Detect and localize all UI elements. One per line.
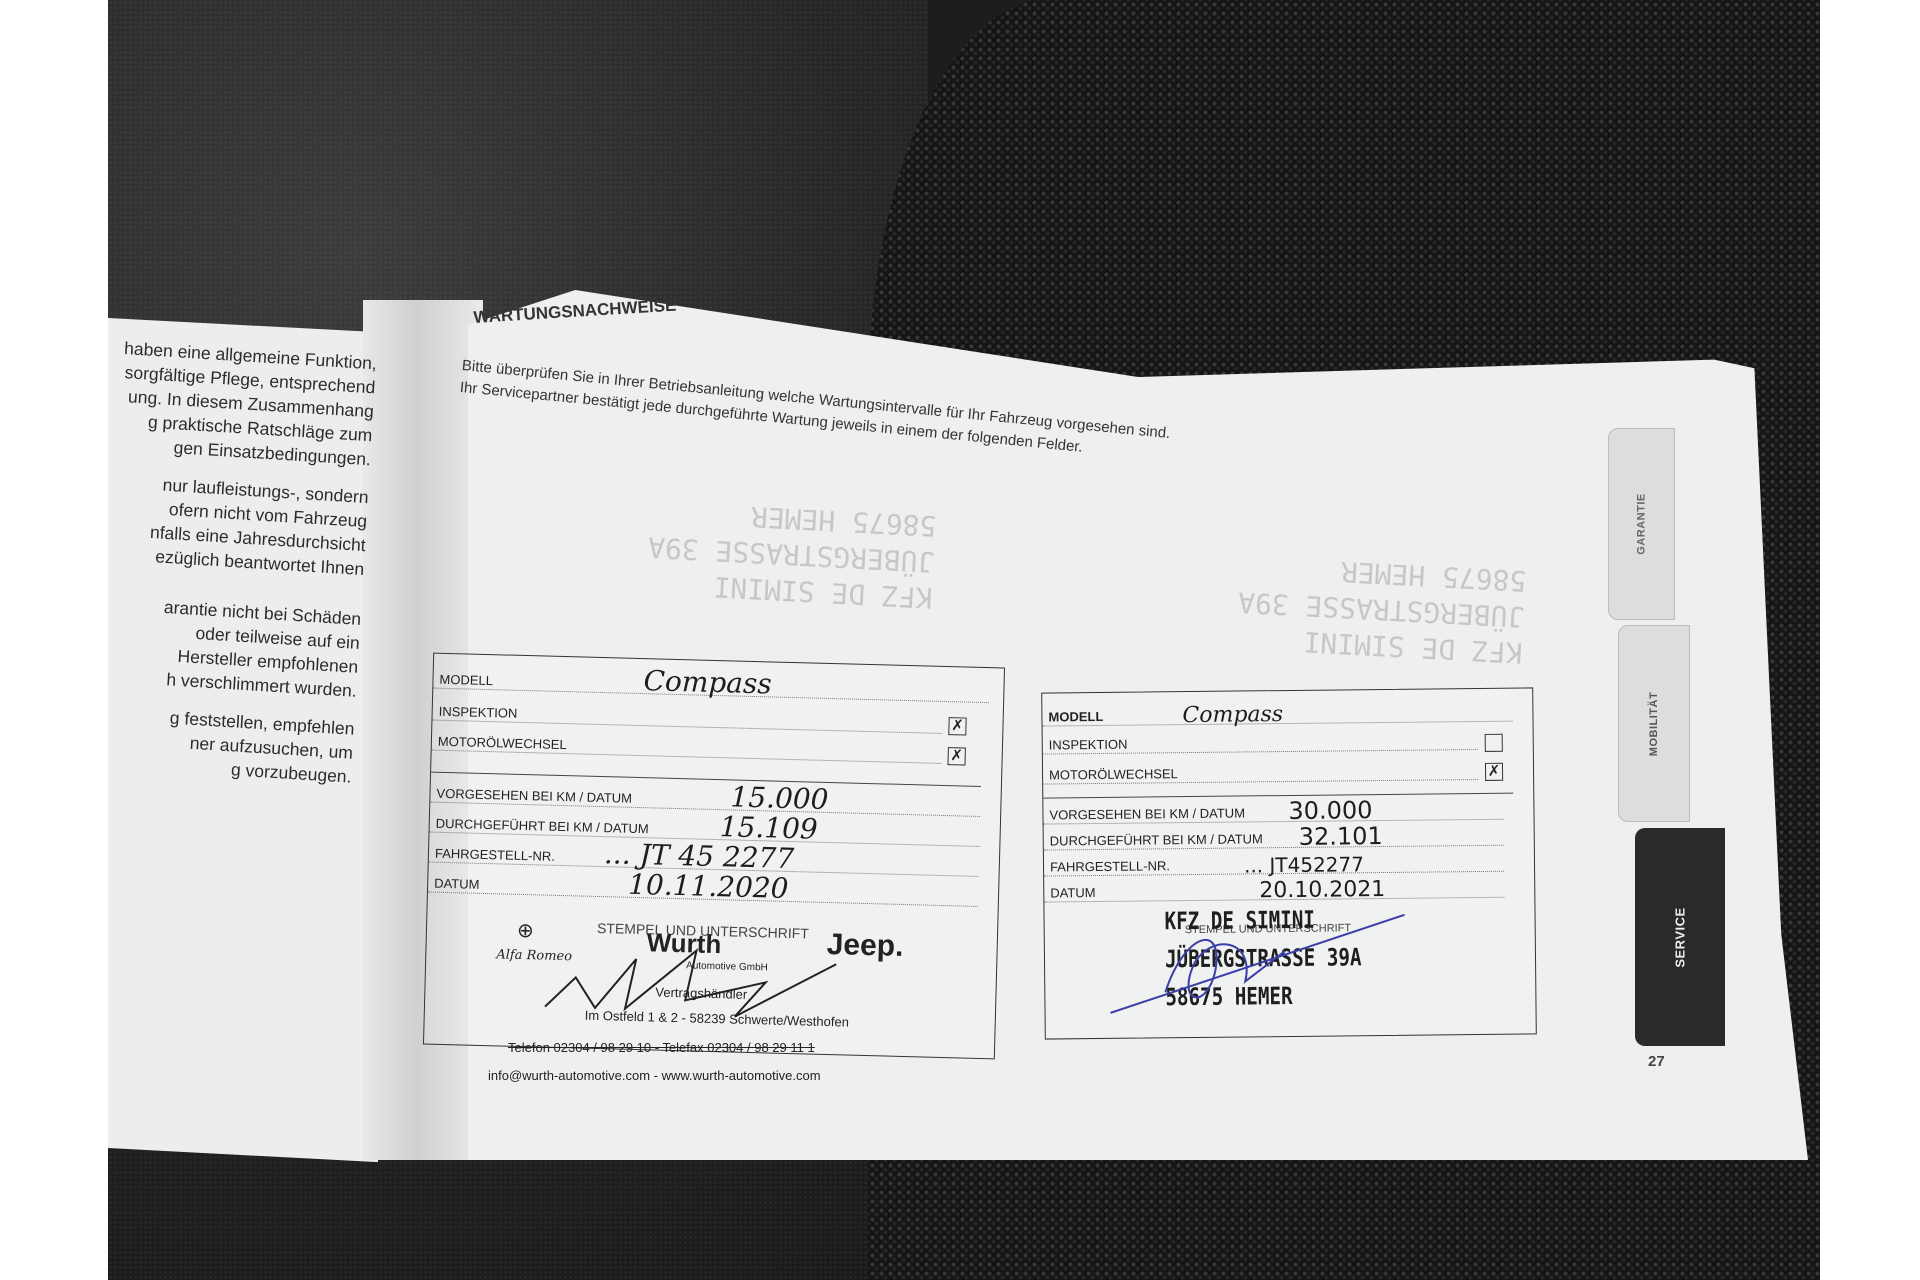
- service-form-2: MODELL Compass INSPEKTION MOTORÖLWECHSEL…: [1041, 687, 1537, 1039]
- left-page-text: haben eine allgemeine Funktion, sorgfält…: [108, 335, 377, 803]
- fahrgestell-field: FAHRGESTELL-NR. ... JT452277: [1044, 853, 1504, 877]
- datum-field: DATUM 10.11.2020: [428, 874, 978, 907]
- vorgesehen-field: VORGESEHEN BEI KM / DATUM 30.000: [1043, 801, 1503, 825]
- dealer-web: info@wurth-automotive.com - www.wurth-au…: [488, 1068, 821, 1083]
- form-divider: [1043, 793, 1513, 799]
- left-paragraph-3: arantie nicht bei Schäden oder teilweise…: [108, 591, 362, 703]
- datum-field: DATUM 20.10.2021: [1044, 879, 1504, 903]
- inspektion-field: INSPEKTION: [432, 702, 942, 734]
- motoroel-checkbox[interactable]: ✗: [947, 747, 965, 765]
- modell-field: MODELL Compass: [433, 670, 989, 704]
- page-number: 27: [1648, 1053, 1665, 1070]
- service-form-1: MODELL Compass INSPEKTION ✗ MOTORÖLWECHS…: [423, 653, 1005, 1060]
- inspektion-checkbox[interactable]: [1485, 734, 1503, 752]
- left-paragraph-4: g feststellen, empfehlen ner aufzusuchen…: [108, 700, 355, 788]
- tab-service[interactable]: SERVICE: [1635, 828, 1725, 1046]
- durchgefuehrt-field: DURCHGEFÜHRT BEI KM / DATUM 32.101: [1044, 827, 1504, 851]
- photo-frame: haben eine allgemeine Funktion, sorgfält…: [108, 0, 1820, 1280]
- left-paragraph-1: haben eine allgemeine Funktion, sorgfält…: [108, 335, 377, 471]
- ghost-stamp-left: KFZ DE SIMINI JÜBERGSTRASSE 39A 58675 HE…: [645, 493, 937, 616]
- tab-garantie[interactable]: GARANTIE: [1608, 428, 1675, 620]
- tab-mobilitaet[interactable]: MOBILITÄT: [1618, 625, 1690, 822]
- inspektion-checkbox[interactable]: ✗: [948, 717, 966, 735]
- alfa-romeo-logo-icon: ⊕: [517, 918, 534, 943]
- signature-2: [1105, 910, 1426, 1023]
- ghost-stamp-right: KFZ DE SIMINI JÜBERGSTRASSE 39A 58675 HE…: [1235, 548, 1527, 671]
- vorgesehen-field: VORGESEHEN BEI KM / DATUM 15.000: [430, 784, 980, 817]
- inspektion-field: INSPEKTION: [1043, 731, 1478, 755]
- modell-field: MODELL Compass: [1042, 703, 1512, 727]
- dealer-phone: Telefon 02304 / 98 29 10 - Telefax 02304…: [508, 1040, 815, 1055]
- left-paragraph-2: nur laufleistungs-, sondern ofern nicht …: [108, 469, 369, 581]
- signature-1: [534, 936, 856, 1034]
- motoroel-checkbox[interactable]: ✗: [1485, 763, 1503, 781]
- form-divider: [431, 772, 981, 787]
- motoroel-field: MOTORÖLWECHSEL: [1043, 761, 1478, 785]
- motoroel-field: MOTORÖLWECHSEL: [432, 732, 942, 764]
